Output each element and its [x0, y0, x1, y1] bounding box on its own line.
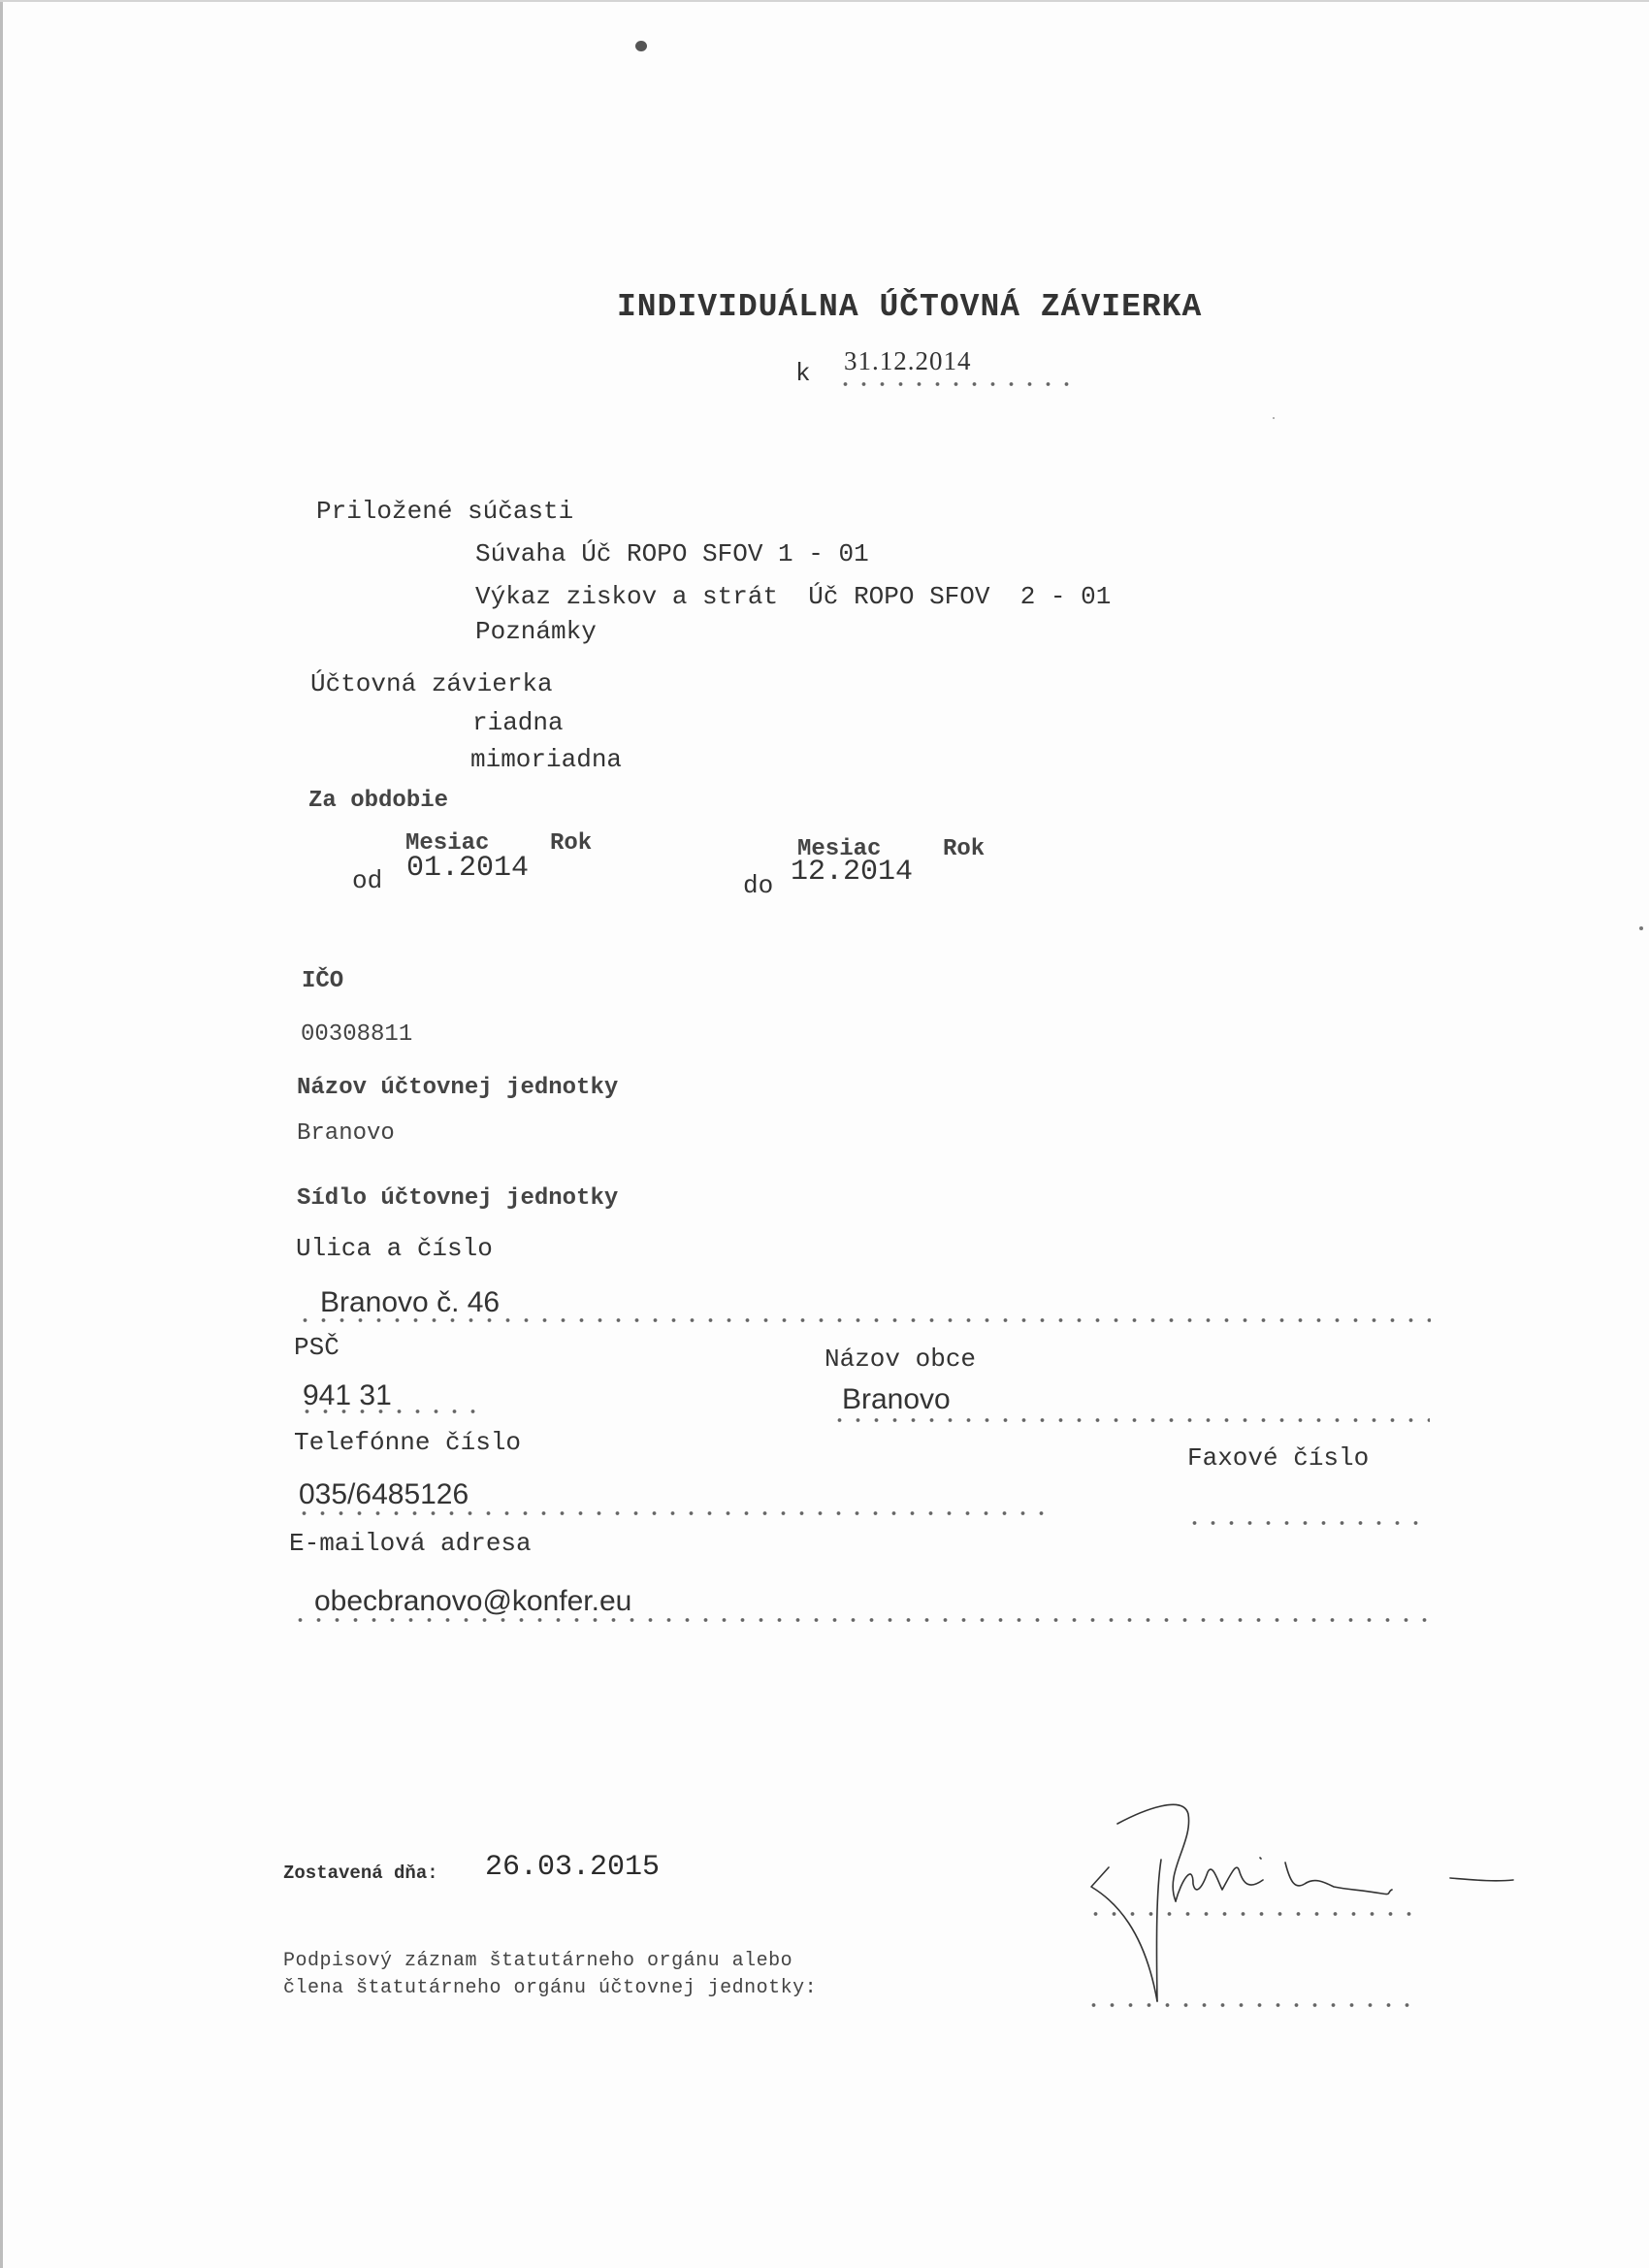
- period-to-value: 12.2014: [791, 856, 913, 889]
- attachment-item: Poznámky: [475, 617, 597, 646]
- phone-value: 035/6485126: [299, 1478, 469, 1511]
- fax-label: Faxové číslo: [1187, 1443, 1369, 1473]
- entity-seat-label: Sídlo účtovnej jednotky: [297, 1185, 618, 1212]
- signature-note-line2: člena štatutárneho orgánu účtovnej jedno…: [283, 1977, 817, 1999]
- handwritten-signature-icon: [1048, 1766, 1533, 2037]
- street-label: Ulica a číslo: [296, 1234, 493, 1263]
- city-label: Názov obce: [824, 1345, 976, 1374]
- scan-speck: [1639, 926, 1643, 930]
- document-title: INDIVIDUÁLNA ÚČTOVNÁ ZÁVIERKA: [617, 289, 1202, 325]
- as-of-dotted-line: [836, 380, 1075, 388]
- scan-speck: [1273, 417, 1275, 419]
- scan-edge-left: [0, 0, 3, 2268]
- statement-type-label: Účtovná závierka: [310, 669, 553, 698]
- city-dotted-line: [830, 1416, 1430, 1424]
- period-from-year-label: Rok: [550, 830, 592, 857]
- entity-name-value: Branovo: [297, 1120, 395, 1147]
- attachment-item: Výkaz ziskov a strát Úč ROPO SFOV 2 - 01: [475, 582, 1111, 611]
- fax-dotted-line: [1185, 1519, 1430, 1527]
- psc-dotted-line: [298, 1408, 488, 1415]
- period-to-year-label: Rok: [943, 836, 985, 862]
- signature-note-line1: Podpisový záznam štatutárneho orgánu ale…: [283, 1950, 792, 1972]
- street-value: Branovo č. 46: [320, 1286, 500, 1319]
- email-value: obecbranovo@konfer.eu: [314, 1585, 631, 1618]
- ico-value: 00308811: [301, 1021, 412, 1048]
- compiled-date: 26.03.2015: [485, 1851, 660, 1884]
- as-of-prefix: k: [795, 359, 811, 388]
- phone-label: Telefónne číslo: [294, 1428, 521, 1457]
- statement-type-option-extraordinary: mimoriadna: [470, 745, 622, 774]
- scanned-page: INDIVIDUÁLNA ÚČTOVNÁ ZÁVIERKA k 31.12.20…: [0, 0, 1649, 2268]
- email-dotted-line: [291, 1616, 1431, 1624]
- psc-label: PSČ: [294, 1333, 339, 1362]
- entity-name-label: Názov účtovnej jednotky: [297, 1075, 618, 1101]
- attachments-label: Priložené súčasti: [316, 497, 573, 526]
- phone-dotted-line: [295, 1509, 1057, 1517]
- period-label: Za obdobie: [308, 788, 448, 814]
- street-dotted-line: [296, 1316, 1431, 1324]
- scan-edge-top: [0, 0, 1649, 2]
- period-from-prefix: od: [352, 866, 382, 895]
- ico-label: IČO: [302, 968, 343, 994]
- city-value: Branovo: [842, 1383, 951, 1416]
- compiled-label: Zostavená dňa:: [283, 1863, 438, 1884]
- statement-type-option-regular: riadna: [472, 708, 564, 737]
- email-label: E-mailová adresa: [289, 1529, 532, 1558]
- attachment-item: Súvaha Úč ROPO SFOV 1 - 01: [475, 539, 869, 568]
- as-of-date: 31.12.2014: [844, 346, 972, 376]
- period-from-value: 01.2014: [406, 852, 529, 885]
- punch-mark: [635, 41, 647, 51]
- period-to-prefix: do: [743, 871, 773, 900]
